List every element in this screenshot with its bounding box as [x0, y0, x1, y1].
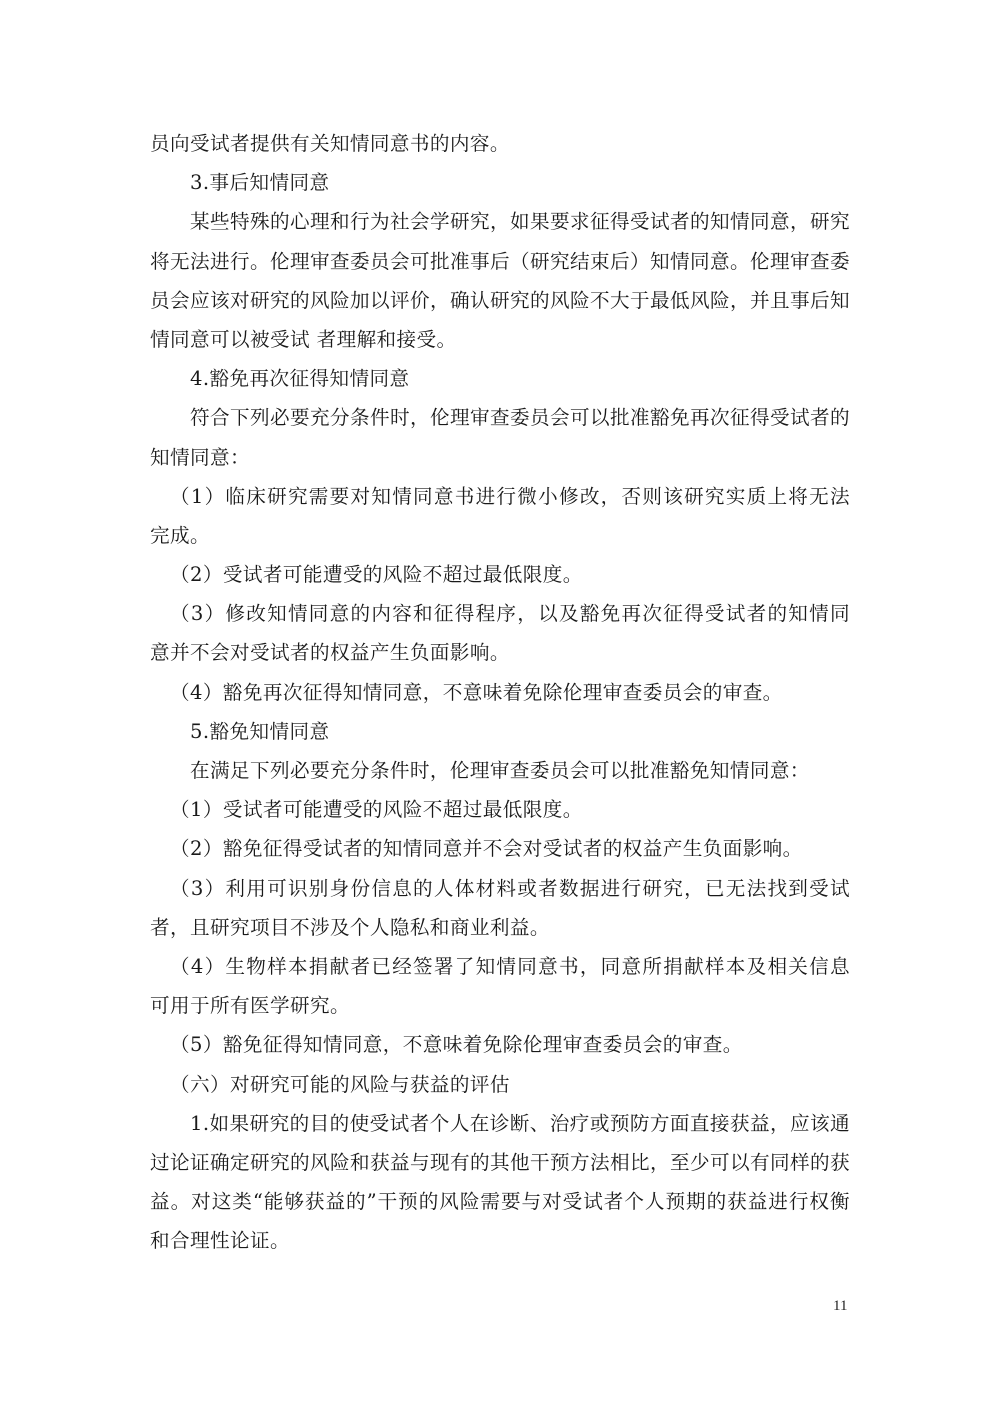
- list-item: （4）生物样本捐献者已经签署了知情同意书，同意所捐献样本及相关信息: [150, 947, 850, 986]
- list-item: （4）豁免再次征得知情同意，不意味着免除伦理审查委员会的审查。: [150, 673, 850, 712]
- paragraph-line: 符合下列必要充分条件时，伦理审查委员会可以批准豁免再次征得受试者的: [150, 398, 850, 437]
- section-heading-4: 4.豁免再次征得知情同意: [150, 359, 850, 398]
- paragraph-line: 和合理性论证。: [150, 1221, 850, 1260]
- list-item-continuation: 意并不会对受试者的权益产生负面影响。: [150, 633, 850, 672]
- list-item: （5）豁免征得知情同意，不意味着免除伦理审查委员会的审查。: [150, 1025, 850, 1064]
- list-item: （1）受试者可能遭受的风险不超过最低限度。: [150, 790, 850, 829]
- list-item: （2）豁免征得受试者的知情同意并不会对受试者的权益产生负面影响。: [150, 829, 850, 868]
- list-item-continuation: 完成。: [150, 516, 850, 555]
- section-heading-5: 5.豁免知情同意: [150, 712, 850, 751]
- document-page: 员向受试者提供有关知情同意书的内容。 3.事后知情同意 某些特殊的心理和行为社会…: [150, 124, 850, 1260]
- list-item-continuation: 者，且研究项目不涉及个人隐私和商业利益。: [150, 908, 850, 947]
- continuation-line: 员向受试者提供有关知情同意书的内容。: [150, 124, 850, 163]
- list-item: （1）临床研究需要对知情同意书进行微小修改，否则该研究实质上将无法: [150, 477, 850, 516]
- paragraph-line: 某些特殊的心理和行为社会学研究，如果要求征得受试者的知情同意，研究: [150, 202, 850, 241]
- paragraph-line: 情同意可以被受试 者理解和接受。: [150, 320, 850, 359]
- list-item: （3）修改知情同意的内容和征得程序，以及豁免再次征得受试者的知情同: [150, 594, 850, 633]
- list-item: （3）利用可识别身份信息的人体材料或者数据进行研究，已无法找到受试: [150, 869, 850, 908]
- page-number: 11: [833, 1298, 847, 1315]
- paragraph-line: 将无法进行。伦理审查委员会可批准事后（研究结束后）知情同意。伦理审查委: [150, 242, 850, 281]
- section-heading-6: （六）对研究可能的风险与获益的评估: [150, 1065, 850, 1104]
- paragraph-line: 员会应该对研究的风险加以评价，确认研究的风险不大于最低风险，并且事后知: [150, 281, 850, 320]
- paragraph-line: 知情同意：: [150, 438, 850, 477]
- section-heading-3: 3.事后知情同意: [150, 163, 850, 202]
- list-item-continuation: 可用于所有医学研究。: [150, 986, 850, 1025]
- paragraph-line: 1.如果研究的目的使受试者个人在诊断、治疗或预防方面直接获益，应该通: [150, 1104, 850, 1143]
- paragraph-line: 过论证确定研究的风险和获益与现有的其他干预方法相比，至少可以有同样的获: [150, 1143, 850, 1182]
- paragraph-line: 在满足下列必要充分条件时，伦理审查委员会可以批准豁免知情同意：: [150, 751, 850, 790]
- list-item: （2）受试者可能遭受的风险不超过最低限度。: [150, 555, 850, 594]
- paragraph-line: 益。对这类“能够获益的”干预的风险需要与对受试者个人预期的获益进行权衡: [150, 1182, 850, 1221]
